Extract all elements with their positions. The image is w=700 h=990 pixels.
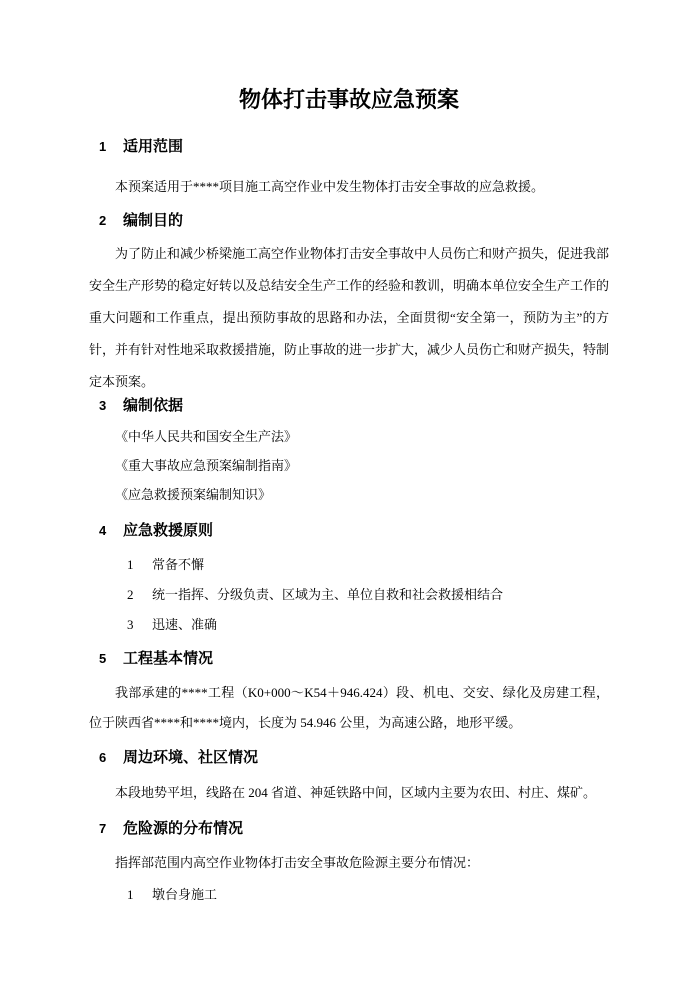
section-heading-text: 危险源的分布情况	[123, 821, 243, 837]
list-item-text: 迅速、准确	[152, 617, 217, 633]
section-heading-text: 编制目的	[123, 213, 183, 229]
list-item-text: 常备不懈	[152, 557, 204, 573]
list-item: 2 统一指挥、分级负责、区域为主、单位自救和社会救援相结合	[89, 587, 609, 603]
section-heading-4: 4 应急救援原则	[89, 523, 609, 539]
list-item-text: 墩台身施工	[152, 887, 217, 903]
section-1-paragraph: 本预案适用于****项目施工高空作业中发生物体打击安全事故的应急救援。	[89, 179, 609, 195]
list-item: 3 迅速、准确	[89, 617, 609, 633]
section-heading-7: 7 危险源的分布情况	[89, 821, 609, 837]
reference-item: 《中华人民共和国安全生产法》	[89, 429, 609, 445]
section-number: 5	[99, 651, 123, 667]
section-5-paragraph: 我部承建的****工程（K0+000～K54＋946.424）段、机电、交安、绿…	[89, 678, 609, 738]
list-item: 1 墩台身施工	[89, 887, 609, 903]
section-number: 2	[99, 213, 123, 229]
list-item: 1 常备不懈	[89, 557, 609, 573]
list-item-number: 1	[127, 557, 152, 573]
section-heading-text: 编制依据	[123, 398, 183, 414]
section-heading-5: 5 工程基本情况	[89, 651, 609, 667]
section-heading-3: 3 编制依据	[89, 398, 609, 414]
section-heading-1: 1 适用范围	[89, 139, 609, 155]
section-heading-text: 应急救援原则	[123, 523, 213, 539]
document-page: 物体打击事故应急预案 1 适用范围 本预案适用于****项目施工高空作业中发生物…	[0, 0, 700, 990]
section-6-paragraph: 本段地势平坦，线路在 204 省道、神延铁路中间，区域内主要为农田、村庄、煤矿。	[89, 785, 609, 801]
reference-item: 《应急救援预案编制知识》	[89, 487, 609, 503]
section-number: 3	[99, 398, 123, 414]
reference-item: 《重大事故应急预案编制指南》	[89, 458, 609, 474]
section-2-paragraph: 为了防止和减少桥梁施工高空作业物体打击安全事故中人员伤亡和财产损失，促进我部安全…	[89, 238, 609, 398]
section-7-paragraph: 指挥部范围内高空作业物体打击安全事故危险源主要分布情况：	[89, 855, 609, 871]
list-item-number: 3	[127, 617, 152, 633]
list-item-number: 2	[127, 587, 152, 603]
section-number: 1	[99, 139, 123, 155]
section-number: 6	[99, 750, 123, 766]
section-heading-text: 适用范围	[123, 139, 183, 155]
section-heading-text: 周边环境、社区情况	[123, 750, 258, 766]
section-number: 4	[99, 523, 123, 539]
section-number: 7	[99, 821, 123, 837]
section-heading-text: 工程基本情况	[123, 651, 213, 667]
list-item-text: 统一指挥、分级负责、区域为主、单位自救和社会救援相结合	[152, 587, 503, 603]
list-item-number: 1	[127, 887, 152, 903]
section-heading-2: 2 编制目的	[89, 213, 609, 229]
document-title: 物体打击事故应急预案	[89, 86, 609, 114]
document-content: 物体打击事故应急预案 1 适用范围 本预案适用于****项目施工高空作业中发生物…	[89, 86, 609, 903]
section-heading-6: 6 周边环境、社区情况	[89, 750, 609, 766]
